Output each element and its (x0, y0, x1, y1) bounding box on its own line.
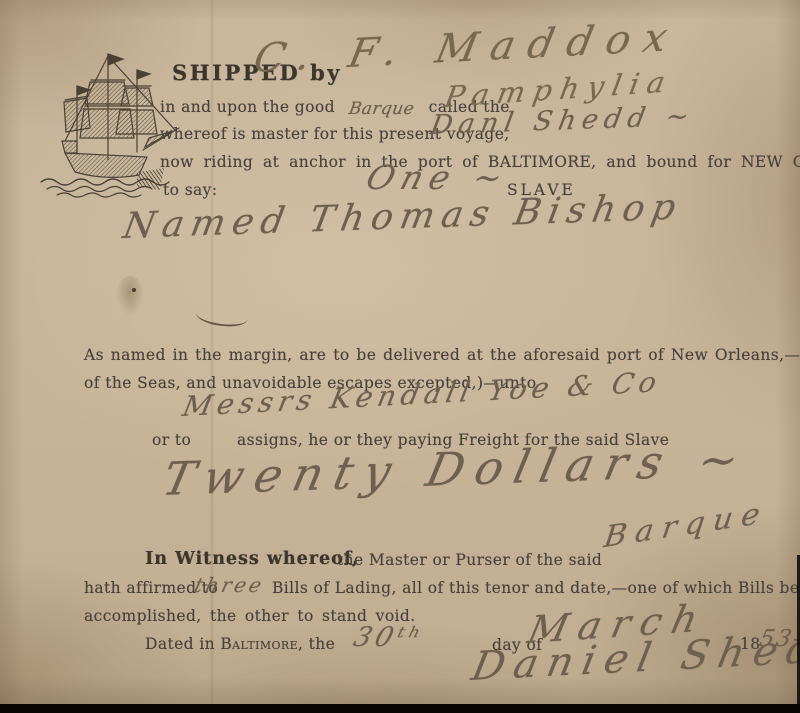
vessel-type-handwritten: Barque (347, 99, 416, 119)
witness-vessel-handwritten: Barque (602, 496, 770, 555)
assigns-pre: or to (152, 431, 191, 449)
paper-stain (116, 276, 144, 316)
dated-pre: Dated in (145, 635, 215, 653)
delivery-clause-line1: As named in the margin, are to be delive… (84, 346, 800, 364)
dated-city: Baltimore, (220, 635, 303, 653)
bill-of-lading-document: SHIPPED by C. F. Maddox in and upon the … (0, 0, 800, 713)
dated-pre2: the (309, 635, 336, 653)
bill-copies-handwritten: three (192, 573, 267, 597)
slave-count-handwritten: One ~ (362, 158, 514, 197)
day-handwritten: 30ᵗʰ (350, 622, 428, 653)
vessel-line-pre: in and upon the good (160, 98, 335, 116)
witness-pre: the Master or Purser of the said (337, 551, 602, 569)
ink-speck (132, 288, 136, 292)
witness-line2-post: Bills of Lading, all of this tenor and d… (272, 579, 800, 597)
sailing-ship-engraving (35, 42, 187, 200)
stray-pen-stroke (195, 303, 249, 329)
dated-line: Dated in Baltimore, the (145, 635, 335, 653)
to-say-label: to say: (163, 181, 217, 199)
photo-edge-bottom (0, 704, 800, 713)
in-witness-whereof-label: In Witness whereof, (145, 549, 359, 569)
